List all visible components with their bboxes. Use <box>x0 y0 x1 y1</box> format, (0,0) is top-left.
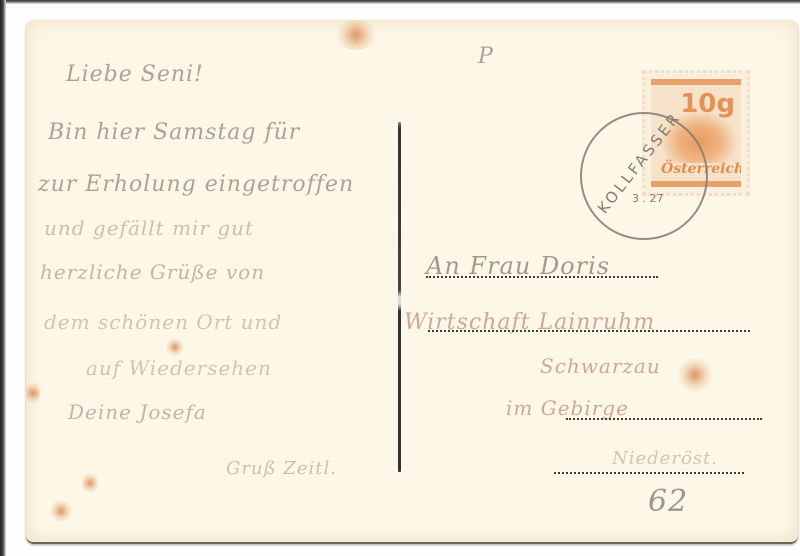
postmark-date: 3 . 27 <box>632 192 664 205</box>
message-line: Bin hier Samstag für <box>48 120 300 145</box>
message-line: Liebe Seni! <box>66 62 204 87</box>
address-line: im Gebirge <box>506 396 629 420</box>
address-dotted-line <box>566 418 762 420</box>
address-dotted-line <box>554 472 744 474</box>
center-divider-line <box>398 122 401 472</box>
foxing-stain <box>50 500 72 522</box>
postmark: KOLLFASSER 3 . 27 <box>580 112 708 240</box>
address-dotted-line <box>426 276 658 278</box>
address-line: Niederöst. <box>612 448 718 469</box>
message-line: auf Wiedersehen <box>86 356 272 380</box>
corner-mark: P <box>478 44 494 69</box>
address-dotted-line <box>428 330 750 332</box>
message-line: herzliche Grüße von <box>40 260 265 284</box>
pencil-number: 62 <box>648 484 688 519</box>
foxing-stain <box>26 380 40 406</box>
message-line: und gefällt mir gut <box>44 216 254 240</box>
message-line: dem schönen Ort und <box>44 310 282 334</box>
address-line: Schwarzau <box>540 354 661 378</box>
message-closing: Gruß Zeitl. <box>226 458 337 479</box>
message-signature: Deine Josefa <box>68 400 207 424</box>
message-line: zur Erholung eingetroffen <box>38 172 354 197</box>
foxing-stain <box>166 338 184 356</box>
foxing-stain <box>334 20 378 50</box>
postcard: Liebe Seni! Bin hier Samstag für zur Erh… <box>26 20 798 544</box>
foxing-stain <box>82 472 98 494</box>
scan-edge-left <box>0 0 6 556</box>
foxing-stain <box>678 358 712 392</box>
scan-edge-top <box>0 0 800 4</box>
